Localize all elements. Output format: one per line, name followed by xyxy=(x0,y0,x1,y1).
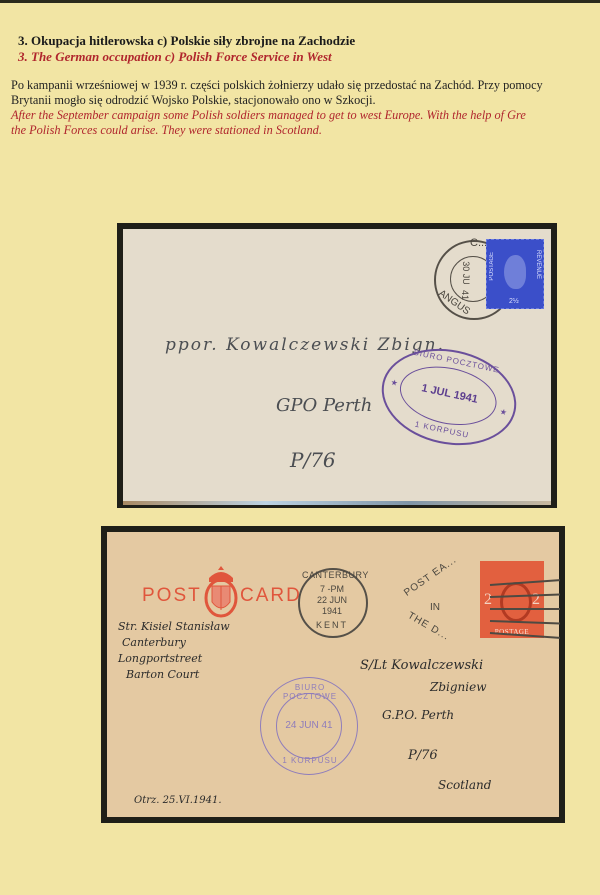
king-head-icon xyxy=(500,582,532,622)
round-stamp-bottom: 1 KORPUSU xyxy=(270,756,350,765)
cancel-line xyxy=(490,608,560,610)
recipient-line1: S/Lt Kowalczewski xyxy=(360,658,483,673)
stamp-value: 2½ xyxy=(509,298,519,305)
title-english: 3. The German occupation c) Polish Force… xyxy=(18,49,600,65)
slogan-cancel-line2: IN xyxy=(430,603,440,613)
recipient-line5: Scotland xyxy=(438,778,491,792)
description-en-line1: After the September campaign some Polish… xyxy=(11,108,600,123)
canterbury-postmark-town: CANTERBURY xyxy=(302,570,362,580)
sender-line1: Str. Kisiel Stanisław xyxy=(118,620,230,633)
stamp-postage-text: POSTAGE xyxy=(489,252,495,281)
blue-stamp: POSTAGE REVENUE 2½ xyxy=(486,239,544,309)
page-header: 3. Okupacja hitlerowska c) Polskie siły … xyxy=(18,33,600,65)
postmark-town: C... xyxy=(470,238,487,248)
postmark-year: 41 xyxy=(460,290,470,300)
postcard-label-card: CARD xyxy=(240,585,302,607)
canterbury-postmark-year: 1941 xyxy=(310,606,354,616)
king-head-icon xyxy=(504,255,526,289)
top-border xyxy=(0,0,600,3)
recipient-line2: Zbigniew xyxy=(430,680,486,694)
envelope-address-line3: P/76 xyxy=(290,448,336,472)
stamp-value-left: 2 xyxy=(484,591,492,609)
recipient-line4: P/76 xyxy=(408,748,438,763)
sender-line2: Canterbury xyxy=(122,636,186,649)
stamp-revenue-text: REVENUE xyxy=(535,250,541,279)
sender-line3: Longportstreet xyxy=(118,652,202,665)
star-icon: ★ xyxy=(499,407,508,417)
postcard-label-post: POST xyxy=(142,585,202,607)
imprinted-stamp: 2 2 POSTAGE xyxy=(480,561,544,638)
title-polish: 3. Okupacja hitlerowska c) Polskie siły … xyxy=(18,33,600,49)
description-en-line2: the Polish Forces could arise. They were… xyxy=(11,123,600,138)
round-stamp-top: BIURO POCZTOWE xyxy=(270,683,350,701)
royal-crest-icon xyxy=(202,564,240,620)
sender-line4: Barton Court xyxy=(126,668,199,681)
envelope-address-line2: GPO Perth xyxy=(276,395,372,416)
receipt-note: Otrz. 25.VI.1941. xyxy=(134,795,222,806)
canterbury-postmark-county: KENT xyxy=(310,620,354,630)
canterbury-postmark-time: 7 -PM xyxy=(310,584,354,594)
description: Po kampanii wrześniowej w 1939 r. części… xyxy=(11,78,600,138)
round-stamp-date: 24 JUN 41 xyxy=(281,720,337,731)
postmark-date: 30 JU xyxy=(461,261,471,285)
recipient-line3: G.P.O. Perth xyxy=(382,708,454,722)
description-pl-line2: Brytanii mogło się odrodzić Wojsko Polsk… xyxy=(11,93,600,108)
envelope-edge xyxy=(123,501,551,505)
canterbury-postmark-date: 22 JUN xyxy=(310,595,354,605)
description-pl-line1: Po kampanii wrześniowej w 1939 r. części… xyxy=(11,78,600,93)
